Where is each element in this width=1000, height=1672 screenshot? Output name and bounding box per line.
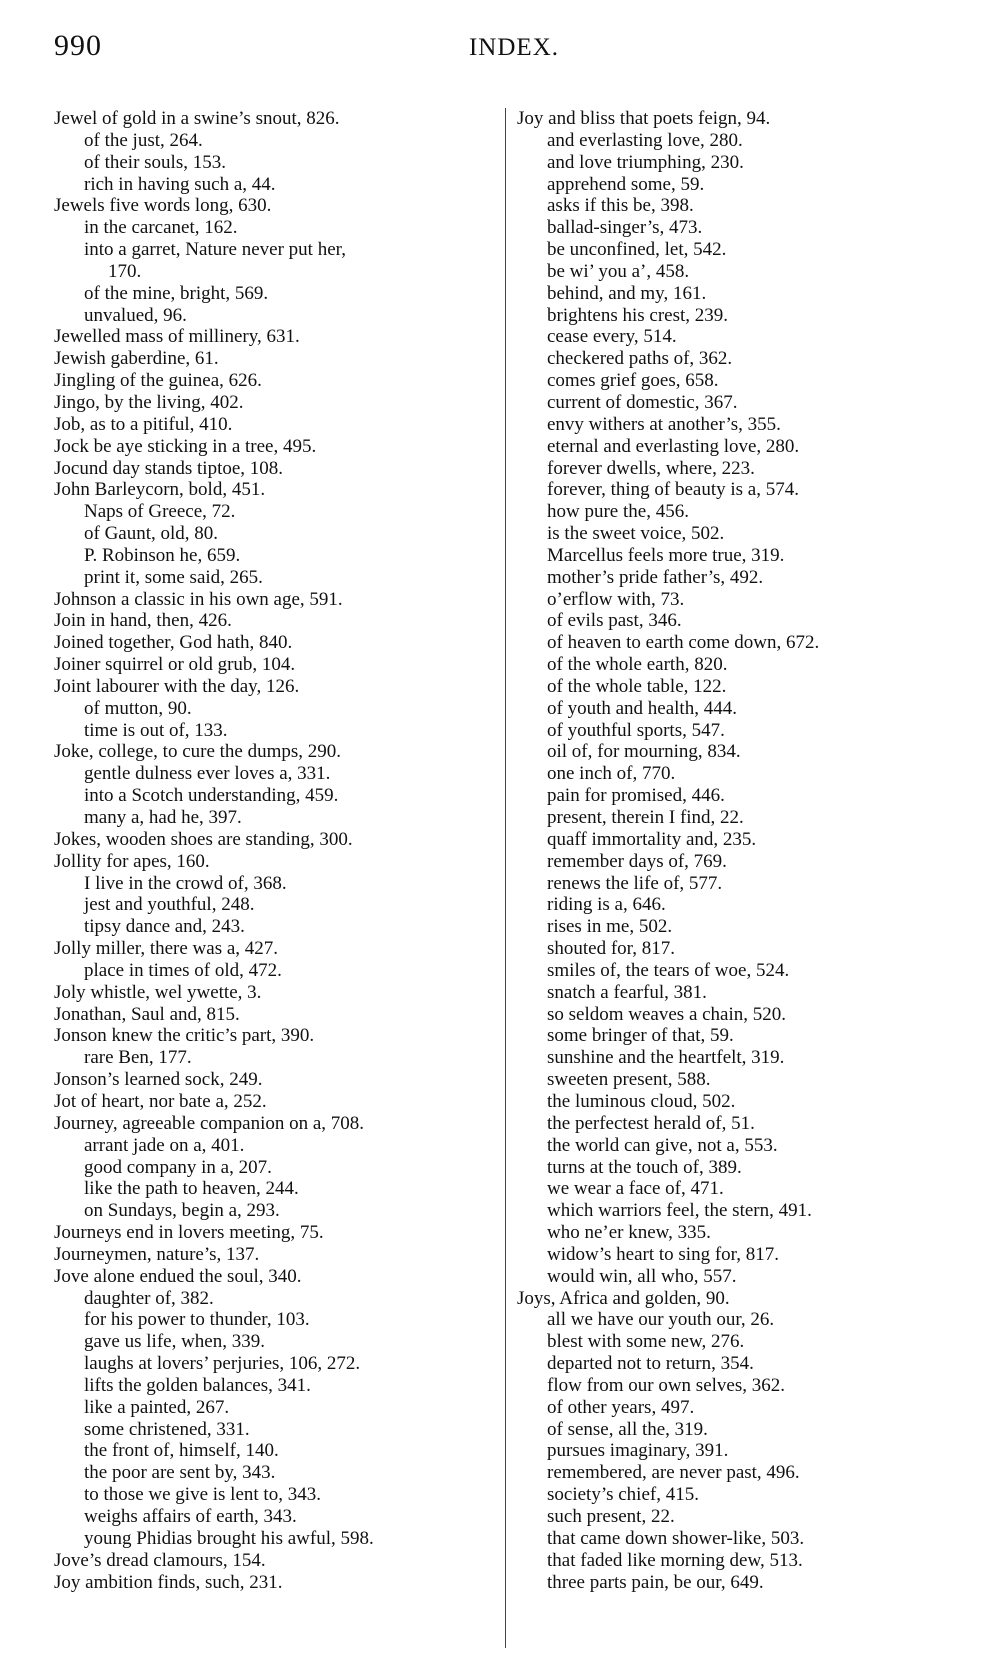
index-subentry: of the whole table, 122. — [517, 676, 957, 698]
index-subentry: o’erflow with, 73. — [517, 589, 957, 611]
index-subentry: I live in the crowd of, 368. — [54, 873, 494, 895]
index-subentry: the poor are sent by, 343. — [54, 1462, 494, 1484]
index-subentry: three parts pain, be our, 649. — [517, 1572, 957, 1594]
index-entry: Journey, agreeable companion on a, 708. — [54, 1113, 494, 1135]
index-entry: Jocund day stands tiptoe, 108. — [54, 458, 494, 480]
index-subentry: the world can give, not a, 553. — [517, 1135, 957, 1157]
index-entry: Joly whistle, wel ywette, 3. — [54, 982, 494, 1004]
index-entry: Jewel of gold in a swine’s snout, 826. — [54, 108, 494, 130]
index-subentry: brightens his crest, 239. — [517, 305, 957, 327]
index-subentry: pursues imaginary, 391. — [517, 1440, 957, 1462]
index-subentry: sweeten present, 588. — [517, 1069, 957, 1091]
index-entry: Jove’s dread clamours, 154. — [54, 1550, 494, 1572]
index-subentry: for his power to thunder, 103. — [54, 1309, 494, 1331]
index-subentry: gentle dulness ever loves a, 331. — [54, 763, 494, 785]
index-entry: Jingo, by the living, 402. — [54, 392, 494, 414]
index-subentry: young Phidias brought his awful, 598. — [54, 1528, 494, 1550]
index-subentry: be wi’ you a’, 458. — [517, 261, 957, 283]
index-subentry: that faded like morning dew, 513. — [517, 1550, 957, 1572]
index-subentry: riding is a, 646. — [517, 894, 957, 916]
index-subentry: and everlasting love, 280. — [517, 130, 957, 152]
index-subentry: Naps of Greece, 72. — [54, 501, 494, 523]
index-subentry: current of domestic, 367. — [517, 392, 957, 414]
index-subentry: of the mine, bright, 569. — [54, 283, 494, 305]
index-subentry: present, therein I find, 22. — [517, 807, 957, 829]
index-subentry: rich in having such a, 44. — [54, 174, 494, 196]
index-subentry: pain for promised, 446. — [517, 785, 957, 807]
index-subentry: on Sundays, begin a, 293. — [54, 1200, 494, 1222]
index-entry: Jot of heart, nor bate a, 252. — [54, 1091, 494, 1113]
index-subentry: cease every, 514. — [517, 326, 957, 348]
index-subentry: some christened, 331. — [54, 1419, 494, 1441]
page-title: INDEX. — [0, 28, 1000, 68]
index-subentry: many a, had he, 397. — [54, 807, 494, 829]
index-subentry: the luminous cloud, 502. — [517, 1091, 957, 1113]
index-subentry: laughs at lovers’ perjuries, 106, 272. — [54, 1353, 494, 1375]
index-subentry: asks if this be, 398. — [517, 195, 957, 217]
index-subentry: society’s chief, 415. — [517, 1484, 957, 1506]
index-subentry: into a garret, Nature never put her, — [54, 239, 494, 261]
index-subentry: we wear a face of, 471. — [517, 1178, 957, 1200]
index-entry: Joint labourer with the day, 126. — [54, 676, 494, 698]
index-subentry: of other years, 497. — [517, 1397, 957, 1419]
index-subentry: like a painted, 267. — [54, 1397, 494, 1419]
index-subentry: eternal and everlasting love, 280. — [517, 436, 957, 458]
index-subentry: of the just, 264. — [54, 130, 494, 152]
index-entry: Jewelled mass of millinery, 631. — [54, 326, 494, 348]
index-subentry: of their souls, 153. — [54, 152, 494, 174]
index-entry-continuation: 170. — [54, 261, 494, 283]
index-subentry: arrant jade on a, 401. — [54, 1135, 494, 1157]
index-entry: Jock be aye sticking in a tree, 495. — [54, 436, 494, 458]
index-subentry: would win, all who, 557. — [517, 1266, 957, 1288]
index-entry: Jokes, wooden shoes are standing, 300. — [54, 829, 494, 851]
index-subentry: apprehend some, 59. — [517, 174, 957, 196]
index-subentry: the perfectest herald of, 51. — [517, 1113, 957, 1135]
index-entry: John Barleycorn, bold, 451. — [54, 479, 494, 501]
index-subentry: of mutton, 90. — [54, 698, 494, 720]
column-divider — [505, 108, 506, 1648]
index-entry: Joy ambition finds, such, 231. — [54, 1572, 494, 1594]
index-entry: Job, as to a pitiful, 410. — [54, 414, 494, 436]
index-entry: Jonson knew the critic’s part, 390. — [54, 1025, 494, 1047]
index-subentry: mother’s pride father’s, 492. — [517, 567, 957, 589]
index-subentry: of evils past, 346. — [517, 610, 957, 632]
index-entry: Johnson a classic in his own age, 591. — [54, 589, 494, 611]
index-subentry: turns at the touch of, 389. — [517, 1157, 957, 1179]
index-entry: Jove alone endued the soul, 340. — [54, 1266, 494, 1288]
index-subentry: envy withers at another’s, 355. — [517, 414, 957, 436]
index-subentry: of youthful sports, 547. — [517, 720, 957, 742]
index-subentry: is the sweet voice, 502. — [517, 523, 957, 545]
index-entry: Journeys end in lovers meeting, 75. — [54, 1222, 494, 1244]
index-entry: Joke, college, to cure the dumps, 290. — [54, 741, 494, 763]
index-subentry: lifts the golden balances, 341. — [54, 1375, 494, 1397]
index-subentry: in the carcanet, 162. — [54, 217, 494, 239]
index-subentry: all we have our youth our, 26. — [517, 1309, 957, 1331]
index-subentry: that came down shower-like, 503. — [517, 1528, 957, 1550]
index-subentry: time is out of, 133. — [54, 720, 494, 742]
index-subentry: smiles of, the tears of woe, 524. — [517, 960, 957, 982]
index-subentry: so seldom weaves a chain, 520. — [517, 1004, 957, 1026]
index-subentry: sunshine and the heartfelt, 319. — [517, 1047, 957, 1069]
index-entry: Jingling of the guinea, 626. — [54, 370, 494, 392]
index-subentry: good company in a, 207. — [54, 1157, 494, 1179]
index-entry: Jolly miller, there was a, 427. — [54, 938, 494, 960]
index-subentry: be unconfined, let, 542. — [517, 239, 957, 261]
index-subentry: oil of, for mourning, 834. — [517, 741, 957, 763]
index-entry: Joined together, God hath, 840. — [54, 632, 494, 654]
index-subentry: P. Robinson he, 659. — [54, 545, 494, 567]
index-entry: Journeymen, nature’s, 137. — [54, 1244, 494, 1266]
index-entry: Jonathan, Saul and, 815. — [54, 1004, 494, 1026]
index-subentry: tipsy dance and, 243. — [54, 916, 494, 938]
index-subentry: place in times of old, 472. — [54, 960, 494, 982]
index-subentry: of youth and health, 444. — [517, 698, 957, 720]
index-subentry: remember days of, 769. — [517, 851, 957, 873]
index-subentry: Marcellus feels more true, 319. — [517, 545, 957, 567]
index-subentry: and love triumphing, 230. — [517, 152, 957, 174]
index-subentry: such present, 22. — [517, 1506, 957, 1528]
index-subentry: forever, thing of beauty is a, 574. — [517, 479, 957, 501]
index-subentry: quaff immortality and, 235. — [517, 829, 957, 851]
index-subentry: the front of, himself, 140. — [54, 1440, 494, 1462]
index-subentry: ballad-singer’s, 473. — [517, 217, 957, 239]
index-subentry: who ne’er knew, 335. — [517, 1222, 957, 1244]
index-entry: Joiner squirrel or old grub, 104. — [54, 654, 494, 676]
index-subentry: jest and youthful, 248. — [54, 894, 494, 916]
index-subentry: of heaven to earth come down, 672. — [517, 632, 957, 654]
index-subentry: checkered paths of, 362. — [517, 348, 957, 370]
index-column-left: Jewel of gold in a swine’s snout, 826.of… — [54, 108, 494, 1593]
index-entry: Joys, Africa and golden, 90. — [517, 1288, 957, 1310]
index-subentry: print it, some said, 265. — [54, 567, 494, 589]
index-subentry: rises in me, 502. — [517, 916, 957, 938]
index-subentry: blest with some new, 276. — [517, 1331, 957, 1353]
index-subentry: of the whole earth, 820. — [517, 654, 957, 676]
index-column-right: Joy and bliss that poets feign, 94.and e… — [517, 108, 957, 1593]
index-subentry: of Gaunt, old, 80. — [54, 523, 494, 545]
index-subentry: shouted for, 817. — [517, 938, 957, 960]
index-subentry: behind, and my, 161. — [517, 283, 957, 305]
index-subentry: which warriors feel, the stern, 491. — [517, 1200, 957, 1222]
index-entry: Jewish gaberdine, 61. — [54, 348, 494, 370]
index-subentry: widow’s heart to sing for, 817. — [517, 1244, 957, 1266]
index-subentry: gave us life, when, 339. — [54, 1331, 494, 1353]
index-subentry: some bringer of that, 59. — [517, 1025, 957, 1047]
index-subentry: daughter of, 382. — [54, 1288, 494, 1310]
index-subentry: of sense, all the, 319. — [517, 1419, 957, 1441]
index-entry: Jonson’s learned sock, 249. — [54, 1069, 494, 1091]
index-entry: Jewels five words long, 630. — [54, 195, 494, 217]
index-subentry: unvalued, 96. — [54, 305, 494, 327]
index-subentry: flow from our own selves, 362. — [517, 1375, 957, 1397]
index-subentry: renews the life of, 577. — [517, 873, 957, 895]
index-subentry: rare Ben, 177. — [54, 1047, 494, 1069]
index-subentry: weighs affairs of earth, 343. — [54, 1506, 494, 1528]
index-entry: Jollity for apes, 160. — [54, 851, 494, 873]
index-subentry: remembered, are never past, 496. — [517, 1462, 957, 1484]
index-subentry: snatch a fearful, 381. — [517, 982, 957, 1004]
index-subentry: comes grief goes, 658. — [517, 370, 957, 392]
index-subentry: departed not to return, 354. — [517, 1353, 957, 1375]
index-entry: Join in hand, then, 426. — [54, 610, 494, 632]
index-subentry: forever dwells, where, 223. — [517, 458, 957, 480]
index-subentry: into a Scotch understanding, 459. — [54, 785, 494, 807]
index-subentry: one inch of, 770. — [517, 763, 957, 785]
index-subentry: how pure the, 456. — [517, 501, 957, 523]
index-subentry: to those we give is lent to, 343. — [54, 1484, 494, 1506]
index-entry: Joy and bliss that poets feign, 94. — [517, 108, 957, 130]
index-subentry: like the path to heaven, 244. — [54, 1178, 494, 1200]
